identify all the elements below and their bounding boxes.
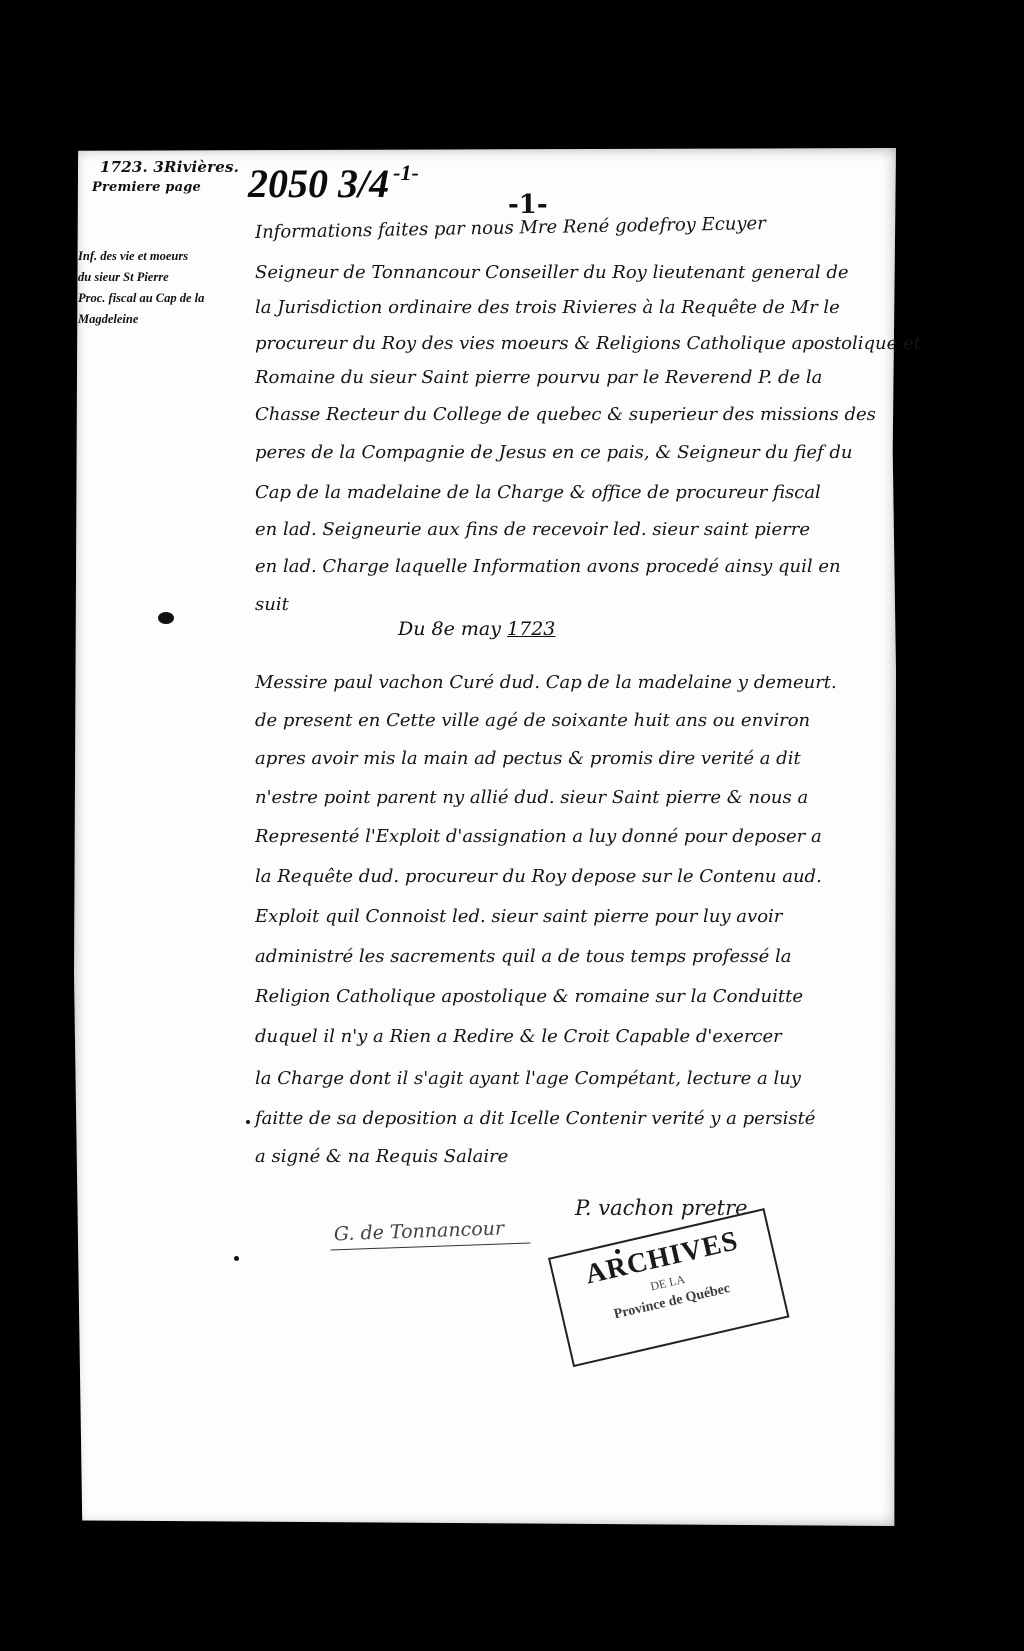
body-line: en lad. Charge laquelle Information avon… [255,556,841,577]
margin-note-line: Magdeleine [78,309,248,330]
body-line: Chasse Recteur du College de quebec & su… [255,404,876,425]
body-line: procureur du Roy des vies moeurs & Relig… [255,333,921,354]
date-heading: Du 8e may 1723 [398,618,555,640]
deposition-line: apres avoir mis la main ad pectus & prom… [255,748,801,769]
deposition-line: la Requête dud. procureur du Roy depose … [255,866,822,887]
deposition-line: n'estre point parent ny allié dud. sieur… [255,787,808,808]
deposition-line: duquel il n'y a Rien a Redire & le Croit… [255,1026,782,1047]
ink-speck [234,1256,239,1261]
ink-blot [158,612,174,624]
deposition-line: faitte de sa deposition a dit Icelle Con… [255,1108,815,1129]
signature-vachon: P. vachon pretre [575,1196,748,1220]
reference-number: 2050 3/4-1- [248,160,419,207]
margin-note-line: Inf. des vie et moeurs [78,246,248,267]
body-line: la Jurisdiction ordinaire des trois Rivi… [255,297,840,318]
body-line: Seigneur de Tonnancour Conseiller du Roy… [255,262,849,283]
deposition-line: Messire paul vachon Curé dud. Cap de la … [255,672,837,693]
margin-note-line: du sieur St Pierre [78,267,248,288]
body-line: suit [255,594,289,615]
deposition-line: Representé l'Exploit d'assignation a luy… [255,826,822,847]
margin-note-line: Proc. fiscal au Cap de la [78,288,248,309]
ink-speck [615,1249,620,1254]
deposition-line: administré les sacrements quil a de tous… [255,946,791,967]
corner-note-page: Premiere page [92,180,201,195]
body-line: peres de la Compagnie de Jesus en ce pai… [255,442,853,463]
deposition-line: Exploit quil Connoist led. sieur saint p… [255,906,782,927]
corner-note-year: 1723. 3Rivières. [100,158,239,176]
deposition-line: de present en Cette ville agé de soixant… [255,710,810,731]
ink-speck [246,1120,250,1124]
body-line: en lad. Seigneurie aux fins de recevoir … [255,519,810,540]
page-marker: -1- [508,190,548,220]
body-line: Romaine du sieur Saint pierre pourvu par… [255,367,822,388]
deposition-line: la Charge dont il s'agit ayant l'age Com… [255,1068,801,1089]
body-line: Cap de la madelaine de la Charge & offic… [255,482,821,503]
deposition-line: a signé & na Requis Salaire [255,1146,508,1167]
margin-note: Inf. des vie et moeurs du sieur St Pierr… [78,246,248,330]
deposition-line: Religion Catholique apostolique & romain… [255,986,803,1007]
